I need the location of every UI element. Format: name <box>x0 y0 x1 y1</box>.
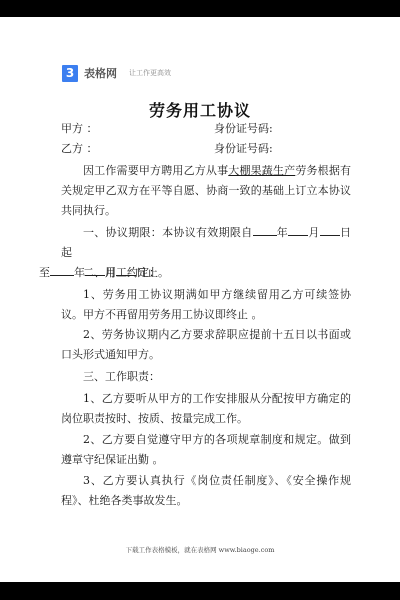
document-page: 3 表格网 让工作更高效 劳务用工协议 甲方 ： 身份证号码: 乙方 ： 身份证… <box>0 17 400 582</box>
start-year-blank[interactable] <box>253 224 277 236</box>
section2-item2: 2、劳务协议期内乙方要求辞职应提前十五日以书面或口头形式通知甲方。 <box>61 325 351 365</box>
party-b-label: 乙方 ： <box>61 142 98 155</box>
party-a-label: 甲方 ： <box>61 122 98 135</box>
party-a-id-label: 身份证号码: <box>214 121 273 137</box>
brand-header[interactable]: 3 表格网 让工作更高效 <box>62 63 171 83</box>
party-b-row: 乙方 ： 身份证号码: <box>61 141 351 157</box>
footer-link[interactable]: 下载工作表格模板，就在表格网 www.biaoge.com <box>0 545 400 554</box>
year-label: 年 <box>277 226 289 239</box>
section3-item1: 1、乙方要听从甲方的工作安排服从分配按甲方确定的岗位职责按时、按质、按量完成工作… <box>61 389 351 429</box>
section2-heading: 二、用工约定： <box>61 263 351 283</box>
intro-paragraph: 因工作需要甲方聘用乙方从事大棚果蔬生产劳务根据有关规定甲乙双方在平等自愿、协商一… <box>61 161 351 221</box>
section3-heading: 三、工作职责： <box>61 367 351 387</box>
section2-item1: 1、劳务用工协议期满如甲方继续留用乙方可续签协议。甲方不再留用劳务用工协议即终止… <box>61 285 351 325</box>
intro-job-underlined: 大棚果蔬生产 <box>228 164 295 177</box>
start-month-blank[interactable] <box>288 224 308 236</box>
brand-name: 表格网 <box>84 65 117 81</box>
biaoge-logo-icon: 3 <box>62 65 78 82</box>
start-day-blank[interactable] <box>320 224 340 236</box>
month-label: 月 <box>308 226 320 239</box>
party-a-row: 甲方 ： 身份证号码: <box>61 121 351 137</box>
party-b-id-label: 身份证号码: <box>214 141 273 157</box>
section3-item2: 2、乙方要自觉遵守甲方的各项规章制度和规定。做到遵章守纪保证出勤 。 <box>61 430 351 470</box>
term-text: 一、协议期限：本协议有效期限自 <box>83 226 253 239</box>
brand-slogan: 让工作更高效 <box>129 68 171 78</box>
to-label: 至 <box>39 266 50 279</box>
section3-item3: 3、乙方要认真执行《岗位责任制度》、《安全操作规程》、杜绝各类事故发生。 <box>61 471 351 511</box>
intro-text-pre: 因工作需要甲方聘用乙方从事 <box>83 164 228 177</box>
page-title: 劳务用工协议 <box>0 98 400 121</box>
